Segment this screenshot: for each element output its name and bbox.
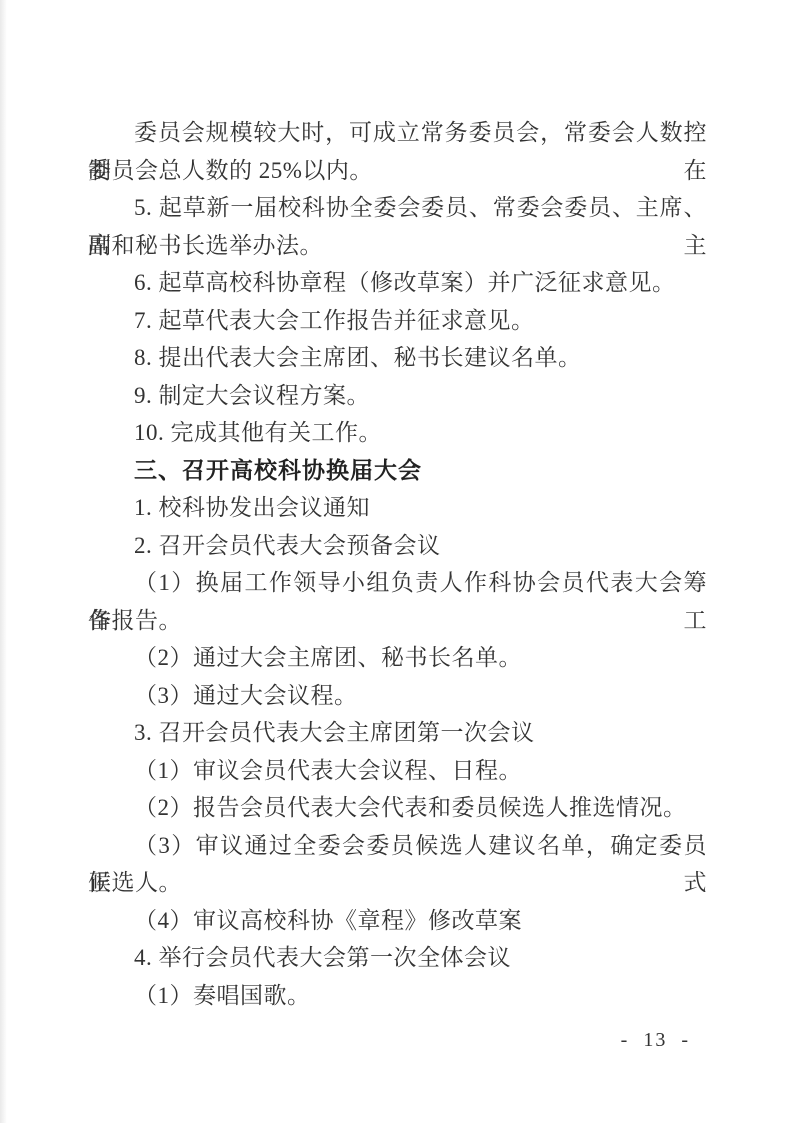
text-line: （1）奏唱国歌。 (88, 977, 707, 1015)
text-line: 3. 召开会员代表大会主席团第一次会议 (88, 714, 707, 752)
text-line: 5. 起草新一届校科协全委会委员、常委会委员、主席、副主 (88, 189, 707, 227)
text-line: 6. 起草高校科协章程（修改草案）并广泛征求意见。 (88, 264, 707, 302)
document-page: 委员会规模较大时，可成立常务委员会，常委会人数控制在 委员会总人数的 25%以内… (0, 0, 794, 1123)
text-line: 委员会规模较大时，可成立常务委员会，常委会人数控制在 (88, 114, 707, 152)
scan-edge-shadow (0, 0, 7, 1123)
text-line: 10. 完成其他有关工作。 (88, 414, 707, 452)
text-line: 4. 举行会员代表大会第一次全体会议 (88, 939, 707, 977)
text-line: （1）审议会员代表大会议程、日程。 (88, 752, 707, 790)
text-line: 8. 提出代表大会主席团、秘书长建议名单。 (88, 339, 707, 377)
text-line: 2. 召开会员代表大会预备会议 (88, 527, 707, 565)
text-line: （1）换届工作领导小组负责人作科协会员代表大会筹备工 (88, 564, 707, 602)
text-line: （3）审议通过全委会委员候选人建议名单，确定委员正式 (88, 827, 707, 865)
text-line: 7. 起草代表大会工作报告并征求意见。 (88, 302, 707, 340)
text-line: （2）报告会员代表大会代表和委员候选人推选情况。 (88, 789, 707, 827)
text-line: （2）通过大会主席团、秘书长名单。 (88, 639, 707, 677)
document-body: 委员会规模较大时，可成立常务委员会，常委会人数控制在 委员会总人数的 25%以内… (88, 114, 707, 1014)
section-heading: 三、召开高校科协换届大会 (88, 452, 707, 490)
text-line: （3）通过大会议程。 (88, 677, 707, 715)
page-number: - 13 - (621, 1028, 690, 1052)
text-line: （4）审议高校科协《章程》修改草案 (88, 902, 707, 940)
text-line: 1. 校科协发出会议通知 (88, 489, 707, 527)
text-line: 9. 制定大会议程方案。 (88, 377, 707, 415)
